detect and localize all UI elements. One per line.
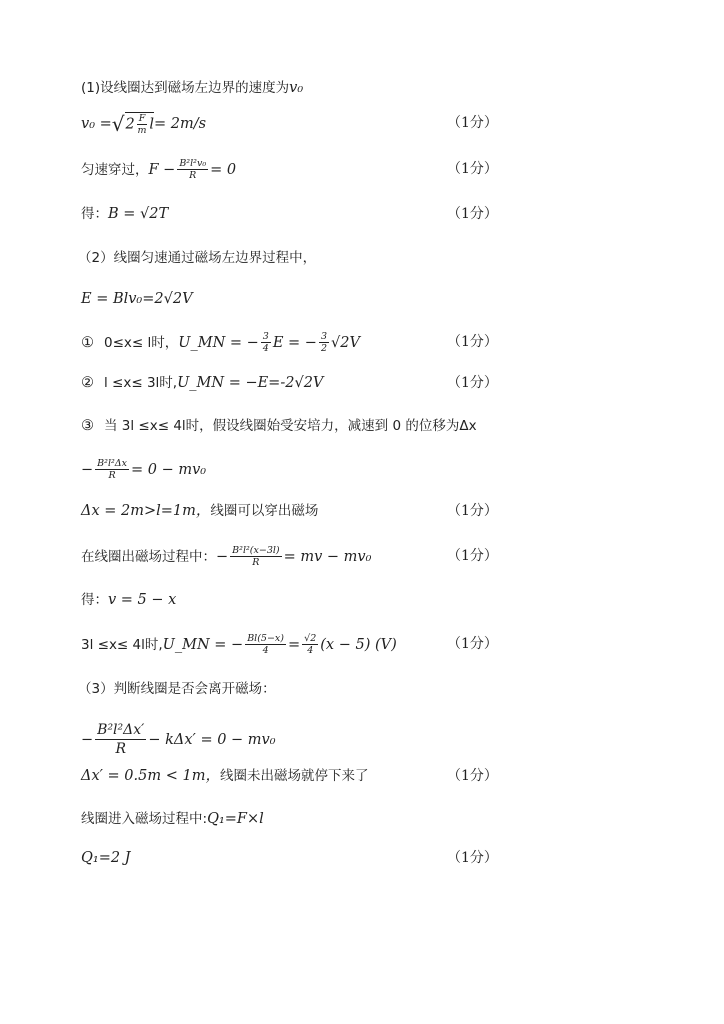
text: 线圈可以穿出磁场	[210, 500, 318, 522]
fraction: B²l²(x−3l)R	[230, 545, 281, 568]
formula-left: U_MN = −	[178, 332, 259, 354]
exit-equation: 在线圈出磁场过程中： − B²l²(x−3l)R = mv − mv₀	[81, 545, 371, 568]
text: 线圈进入磁场过程中:	[81, 808, 207, 830]
text: 得：	[81, 589, 108, 611]
score-label: （1分）	[447, 765, 498, 787]
text: 得：	[81, 203, 108, 225]
part1-intro: (1)设线圈达到磁场左边界的速度为 v₀	[81, 77, 303, 99]
fraction: 32	[319, 331, 329, 354]
score-label: （1分）	[447, 203, 498, 225]
B-result: 得： B = √2T	[81, 203, 168, 225]
uniform-motion-eq: 匀速穿过， F − B²l²v₀R = 0	[81, 158, 236, 181]
case-1: ① 0≤x≤ l时， U_MN = − 34 E = − 32 √2V	[81, 331, 360, 354]
part2-intro: （2）线圈匀速通过磁场左边界过程中，	[78, 247, 316, 269]
text: 在线圈出磁场过程中：	[81, 546, 216, 568]
v0-formula: v₀ = √ 2Fml = 2m/s	[81, 112, 206, 136]
dx-equation: − B²l²ΔxR = 0 − mv₀	[81, 458, 206, 481]
text: (1)设线圈达到磁场左边界的速度为	[81, 77, 289, 99]
U-exit: 3l ≤x≤ 4l时, U_MN = − Bl(5−x)4 = √24 (x −…	[81, 633, 397, 656]
formula-right: − kΔx′ = 0 − mv₀	[148, 729, 275, 751]
formula: Δx = 2m>l=1m，	[81, 500, 210, 522]
dx-result: Δx = 2m>l=1m， 线圈可以穿出磁场	[81, 500, 318, 522]
formula-left: −	[81, 459, 93, 481]
formula-right: = 0	[210, 159, 236, 181]
score-label: （1分）	[447, 372, 498, 394]
marker: ②	[81, 372, 94, 394]
part3-intro: （3）判断线圈是否会离开磁场：	[78, 678, 276, 700]
formula-right: √2V	[331, 332, 360, 354]
v-result: 得： v = 5 − x	[81, 589, 176, 611]
formula-left: −	[81, 729, 93, 751]
formula: Δx′ = 0.5m < 1m，	[81, 765, 220, 787]
fraction: B²l²ΔxR	[95, 458, 129, 481]
condition: l ≤x≤ 3l时,	[104, 372, 177, 394]
condition: 0≤x≤ l时，	[104, 332, 178, 354]
Q-result: Q₁=2 J	[81, 847, 131, 869]
E-formula: E = Blv₀=2√2V	[81, 288, 193, 310]
score-label: （1分）	[447, 331, 498, 353]
formula-left: v₀ =	[81, 113, 112, 135]
formula: Q₁=F×l	[207, 808, 264, 830]
formula-left: U_MN = −	[163, 634, 244, 656]
stop-equation: − B²l²Δx′R − kΔx′ = 0 − mv₀	[81, 721, 276, 758]
formula: v₀	[289, 77, 303, 99]
score-label: （1分）	[447, 847, 498, 869]
score-label: （1分）	[447, 545, 498, 567]
formula-right: = mv − mv₀	[284, 546, 372, 568]
text: 线圈未出磁场就停下来了	[220, 765, 369, 787]
sqrt-content: 2Fml	[125, 112, 154, 136]
case-2: ② l ≤x≤ 3l时, U_MN = −E=-2√2V	[81, 372, 323, 394]
text: （3）判断线圈是否会离开磁场：	[78, 678, 276, 700]
formula: Q₁=2 J	[81, 847, 131, 869]
formula: E = Blv₀=2√2V	[81, 288, 193, 310]
condition: 3l ≤x≤ 4l时,	[81, 634, 163, 656]
fraction: B²l²v₀R	[177, 158, 208, 181]
text: （2）线圈匀速通过磁场左边界过程中，	[78, 247, 316, 269]
score-label: （1分）	[447, 633, 498, 655]
score-label: （1分）	[447, 158, 498, 180]
dx-prime-result: Δx′ = 0.5m < 1m， 线圈未出磁场就停下来了	[81, 765, 368, 787]
formula-right: (x − 5) (V)	[320, 634, 396, 656]
marker: ①	[81, 332, 94, 354]
case-3-intro: ③ 当 3l ≤x≤ 4l时，假设线圈始受安培力，减速到 0 的位移为Δx	[81, 415, 477, 437]
formula-right: = 0 − mv₀	[131, 459, 206, 481]
score-label: （1分）	[447, 112, 498, 134]
formula: v = 5 − x	[108, 589, 176, 611]
formula-left: F −	[149, 159, 176, 181]
formula-left: −	[216, 546, 228, 568]
score-label: （1分）	[447, 500, 498, 522]
fraction: B²l²Δx′R	[95, 721, 146, 758]
formula-mid: =	[288, 634, 300, 656]
formula: B = √2T	[108, 203, 168, 225]
marker: ③	[81, 415, 94, 437]
formula-right: = 2m/s	[154, 113, 206, 135]
text: 匀速穿过，	[81, 159, 149, 181]
formula-mid: E = −	[273, 332, 317, 354]
fraction: √24	[302, 633, 318, 656]
fraction: 34	[261, 331, 271, 354]
Q-expression: 线圈进入磁场过程中: Q₁=F×l	[81, 808, 264, 830]
text: 当 3l ≤x≤ 4l时，假设线圈始受安培力，减速到 0 的位移为Δx	[104, 415, 477, 437]
formula: U_MN = −E=-2√2V	[177, 372, 323, 394]
fraction: Bl(5−x)4	[245, 633, 286, 656]
